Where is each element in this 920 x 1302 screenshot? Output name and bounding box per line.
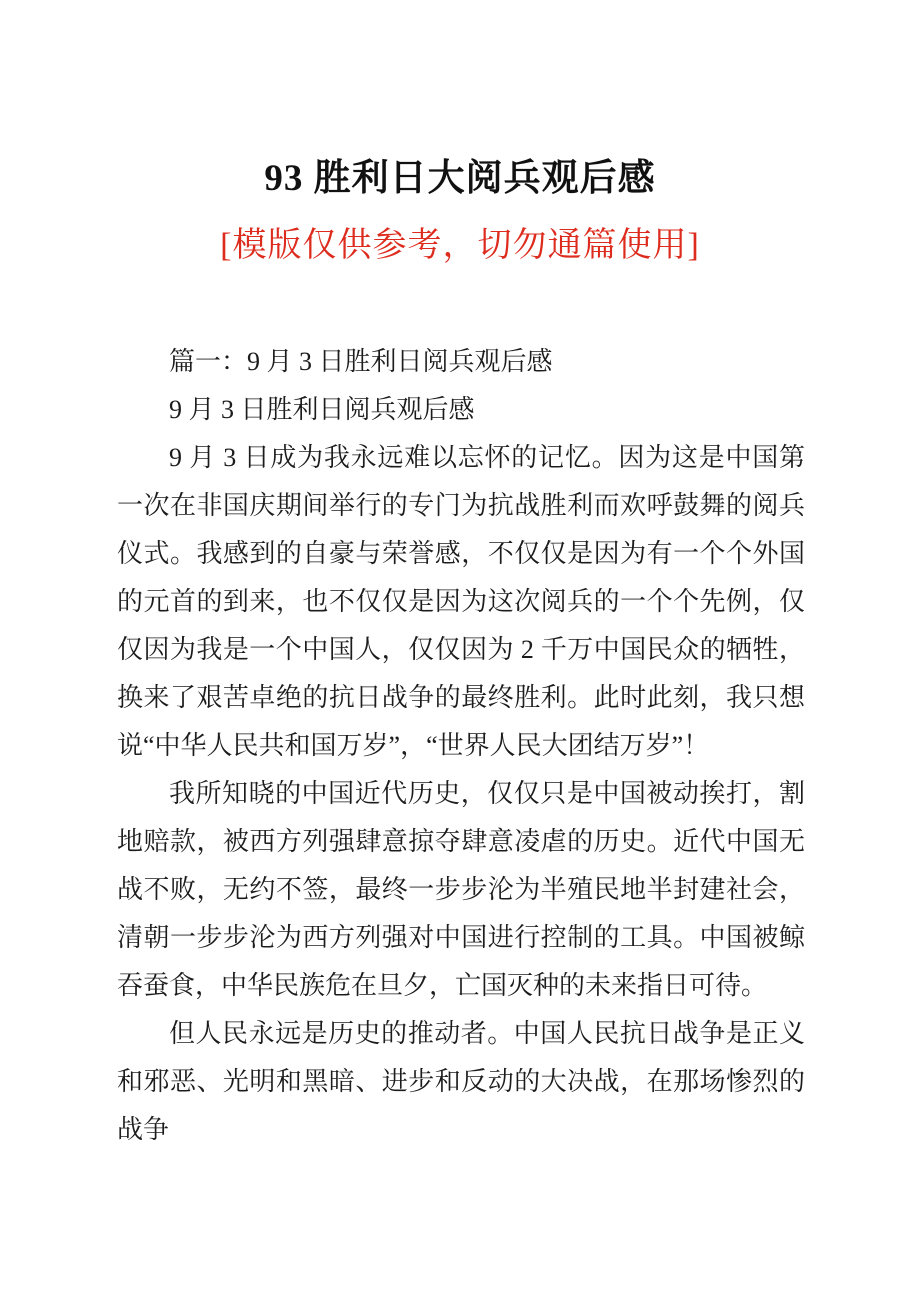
document-body: 篇一：9 月 3 日胜利日阅兵观后感 9 月 3 日胜利日阅兵观后感 9 月 3… — [117, 338, 805, 1154]
paragraph-body-3: 但人民永远是历史的推动者。中国人民抗日战争是正义和邪恶、光明和黑暗、进步和反动的… — [117, 1010, 805, 1154]
template-notice: [模版仅供参考，切勿通篇使用] — [0, 226, 920, 265]
paragraph-body-1: 9 月 3 日成为我永远难以忘怀的记忆。因为这是中国第一次在非国庆期间举行的专门… — [117, 434, 805, 770]
document-title: 93 胜利日大阅兵观后感 — [0, 0, 920, 201]
paragraph-heading-1: 篇一：9 月 3 日胜利日阅兵观后感 — [117, 338, 805, 386]
paragraph-body-2: 我所知晓的中国近代历史，仅仅只是中国被动挨打，割地赔款，被西方列强肆意掠夺肆意凌… — [117, 770, 805, 1010]
document-page: 93 胜利日大阅兵观后感 [模版仅供参考，切勿通篇使用] 篇一：9 月 3 日胜… — [0, 0, 920, 1302]
paragraph-heading-2: 9 月 3 日胜利日阅兵观后感 — [117, 386, 805, 434]
